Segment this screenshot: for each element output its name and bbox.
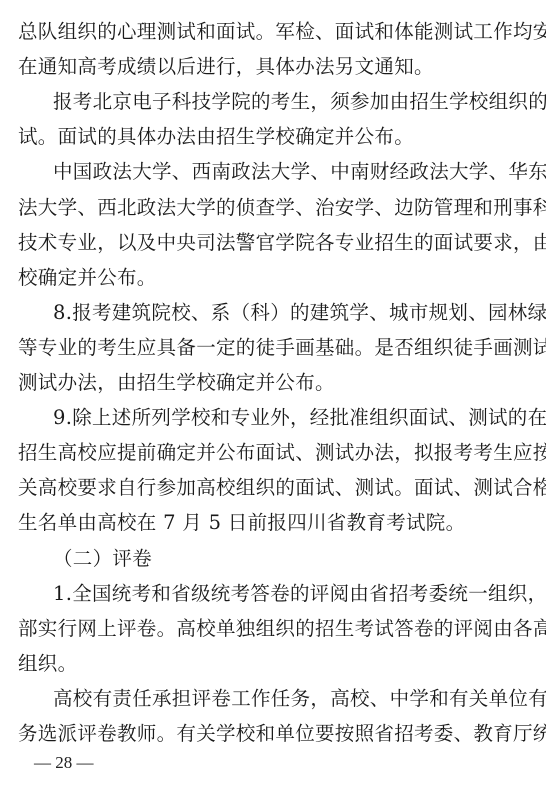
text-line: 组织。	[18, 651, 528, 677]
text-line: 技术专业，以及中央司法警官学院各专业招生的面试要求，由学	[18, 230, 528, 256]
text-line: 中国政法大学、西南政法大学、中南财经政法大学、华东政	[53, 159, 528, 185]
text-line: 8.报考建筑院校、系（科）的建筑学、城市规划、园林绿化	[53, 300, 528, 326]
text-line: 务选派评卷教师。有关学校和单位要按照省招考委、教育厅统一	[18, 721, 528, 747]
text-line: 校确定并公布。	[18, 265, 528, 291]
text-line: 关高校要求自行参加高校组织的面试、测试。面试、测试合格考	[18, 475, 528, 501]
text-line: 报考北京电子科技学院的考生，须参加由招生学校组织的面	[53, 89, 528, 115]
text-line: 部实行网上评卷。高校单独组织的招生考试答卷的评阅由各高校	[18, 616, 528, 642]
text-line: 测试办法，由招生学校确定并公布。	[18, 370, 528, 396]
text-line: 在通知高考成绩以后进行，具体办法另文通知。	[18, 54, 528, 80]
text-line: 高校有责任承担评卷工作任务，高校、中学和有关单位有义	[53, 686, 528, 712]
text-line: 1.全国统考和省级统考答卷的评阅由省招考委统一组织，全	[53, 581, 528, 607]
text-line: 法大学、西北政法大学的侦查学、治安学、边防管理和刑事科学	[18, 195, 528, 221]
page-number: — 28 —	[34, 752, 94, 774]
text-line: 9.除上述所列学校和专业外，经批准组织面试、测试的在川	[53, 405, 528, 431]
section-heading: （二）评卷	[53, 546, 528, 572]
text-line: 总队组织的心理测试和面试。军检、面试和体能测试工作均安排	[18, 19, 528, 45]
text-line: 试。面试的具体办法由招生学校确定并公布。	[18, 124, 528, 150]
document-page: 总队组织的心理测试和面试。军检、面试和体能测试工作均安排 在通知高考成绩以后进行…	[0, 0, 546, 785]
text-line: 招生高校应提前确定并公布面试、测试办法，拟报考考生应按有	[18, 440, 528, 466]
text-line: 等专业的考生应具备一定的徒手画基础。是否组织徒手画测试及	[18, 335, 528, 361]
text-line: 生名单由高校在 7 月 5 日前报四川省教育考试院。	[18, 510, 528, 536]
